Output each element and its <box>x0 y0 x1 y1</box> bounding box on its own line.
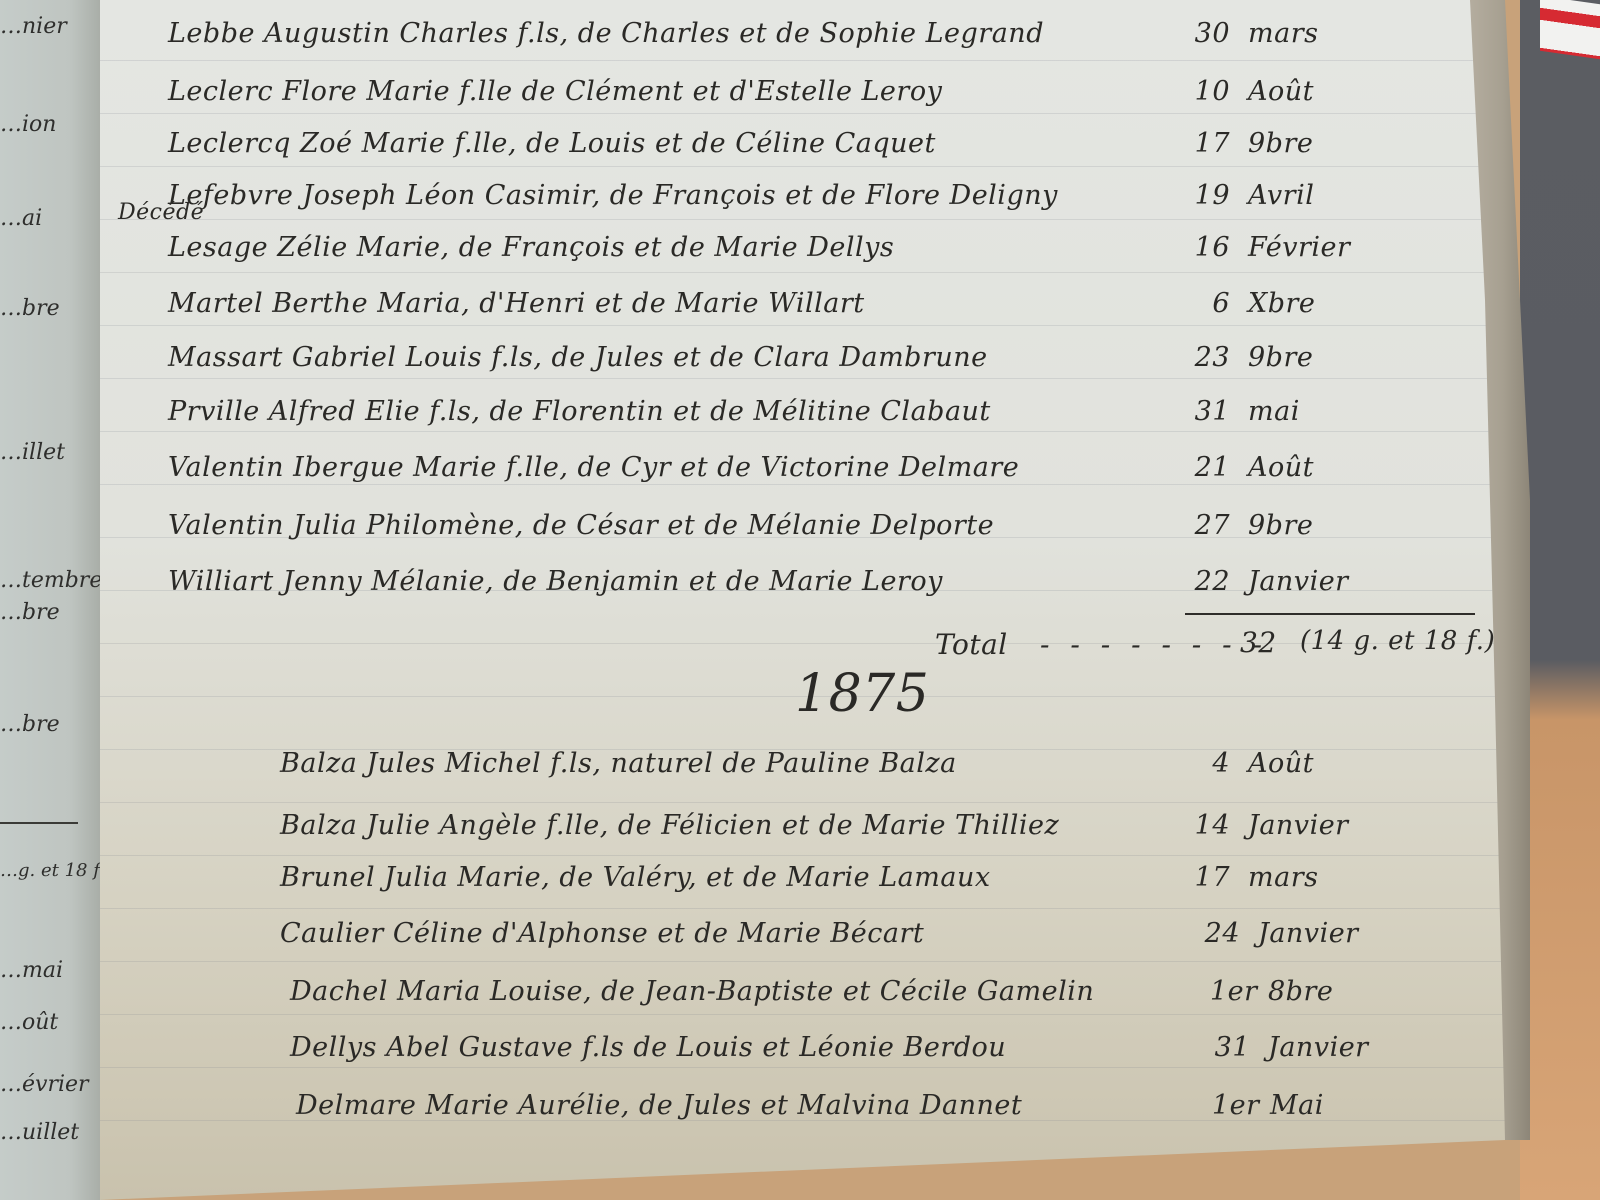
entry-name: Valentin Ibergue Marie f.lle, de Cyr et … <box>168 452 1019 483</box>
entry-day: 4 <box>1190 748 1230 779</box>
total-leader: - - - - - - - - <box>1040 628 1268 661</box>
entry-day: 30 <box>1190 18 1230 49</box>
register-entry: Dellys Abel Gustave f.ls de Louis et Léo… <box>290 1032 1600 1078</box>
entry-name: Brunel Julia Marie, de Valéry, et de Mar… <box>280 862 991 893</box>
entry-month: mars <box>1248 862 1318 893</box>
register-entry: Massart Gabriel Louis f.ls, de Jules et … <box>168 342 1508 388</box>
year-heading: 1875 <box>795 664 929 724</box>
bookmark-ribbon <box>1540 0 1600 59</box>
left-fragment: …nier <box>0 14 67 39</box>
left-page-strip: …nier …ion …ai …bre …illet …tembre …bre … <box>0 0 102 1200</box>
register-entry: Lebbe Augustin Charles f.ls, de Charles … <box>168 18 1508 64</box>
entry-name: Lesage Zélie Marie, de François et de Ma… <box>168 232 894 263</box>
entry-name: Williart Jenny Mélanie, de Benjamin et d… <box>168 566 943 597</box>
entry-month: 9bre <box>1248 128 1313 159</box>
entry-name: Balza Julie Angèle f.lle, de Félicien et… <box>280 810 1059 841</box>
left-fragment: …évrier <box>0 1072 89 1097</box>
left-fragment: …tembre <box>0 568 102 593</box>
entry-month: Janvier <box>1248 566 1349 597</box>
entry-month: Janvier <box>1258 918 1359 949</box>
register-entry: Brunel Julia Marie, de Valéry, et de Mar… <box>280 862 1600 908</box>
left-total-rule <box>0 822 78 824</box>
entry-month: Avril <box>1248 180 1314 211</box>
register-entry: Leclerc Flore Marie f.lle de Clément et … <box>168 76 1508 122</box>
entry-name: Dachel Maria Louise, de Jean-Baptiste et… <box>290 976 1094 1007</box>
left-fragment: …bre <box>0 296 60 321</box>
entry-month: 8bre <box>1268 976 1333 1007</box>
entry-name: Lefebvre Joseph Léon Casimir, de Françoi… <box>168 180 1058 211</box>
register-entry: Delmare Marie Aurélie, de Jules et Malvi… <box>296 1090 1600 1136</box>
entry-name: Caulier Céline d'Alphonse et de Marie Bé… <box>280 918 924 949</box>
left-fragment: …ai <box>0 206 42 231</box>
entry-name: Delmare Marie Aurélie, de Jules et Malvi… <box>296 1090 1022 1121</box>
entry-day: 22 <box>1190 566 1230 597</box>
entry-day: 31 <box>1190 396 1230 427</box>
register-entry: Lefebvre Joseph Léon Casimir, de Françoi… <box>168 180 1508 226</box>
register-entry: Lesage Zélie Marie, de François et de Ma… <box>168 232 1508 278</box>
left-fragment: …mai <box>0 958 63 983</box>
entry-month: Août <box>1248 452 1314 483</box>
entry-day: 24 <box>1200 918 1240 949</box>
register-entry: Balza Julie Angèle f.lle, de Félicien et… <box>280 810 1600 856</box>
entry-day: 31 <box>1210 1032 1250 1063</box>
total-label: Total <box>935 628 1008 661</box>
left-fragment: …g. et 18 f.) <box>0 860 112 881</box>
entry-name: Massart Gabriel Louis f.ls, de Jules et … <box>168 342 988 373</box>
register-entry: Dachel Maria Louise, de Jean-Baptiste et… <box>290 976 1600 1022</box>
entry-day: 19 <box>1190 180 1230 211</box>
register-entry: Caulier Céline d'Alphonse et de Marie Bé… <box>280 918 1600 964</box>
left-fragment: …illet <box>0 440 65 465</box>
entry-name: Valentin Julia Philomène, de César et de… <box>168 510 994 541</box>
entry-month: Février <box>1248 232 1350 263</box>
entry-day: 16 <box>1190 232 1230 263</box>
entry-month: Août <box>1248 76 1314 107</box>
left-fragment: …oût <box>0 1010 58 1035</box>
left-fragment: …bre <box>0 712 60 737</box>
entry-month: mai <box>1248 396 1300 427</box>
entry-month: Janvier <box>1268 1032 1369 1063</box>
total-detail: (14 g. et 18 f.) <box>1300 626 1495 656</box>
entry-name: Lebbe Augustin Charles f.ls, de Charles … <box>168 18 1044 49</box>
entry-day: 23 <box>1190 342 1230 373</box>
register-entry: Valentin Ibergue Marie f.lle, de Cyr et … <box>168 452 1508 498</box>
entry-day: 1er <box>1210 976 1250 1007</box>
entry-day: 10 <box>1190 76 1230 107</box>
entry-day: 6 <box>1190 288 1230 319</box>
total-value: 32 <box>1240 626 1277 659</box>
entry-name: Dellys Abel Gustave f.ls de Louis et Léo… <box>290 1032 1006 1063</box>
register-entry: Balza Jules Michel f.ls, naturel de Paul… <box>280 748 1600 794</box>
register-entry: Prville Alfred Elie f.ls, de Florentin e… <box>168 396 1508 442</box>
total-rule <box>1185 613 1475 615</box>
entry-day: 17 <box>1190 128 1230 159</box>
left-fragment: …ion <box>0 112 56 137</box>
register-entry: Martel Berthe Maria, d'Henri et de Marie… <box>168 288 1508 334</box>
register-entry: Valentin Julia Philomène, de César et de… <box>168 510 1508 556</box>
entry-month: Août <box>1248 748 1314 779</box>
entry-month: 9bre <box>1248 342 1313 373</box>
entry-name: Balza Jules Michel f.ls, naturel de Paul… <box>280 748 957 779</box>
entry-month: 9bre <box>1248 510 1313 541</box>
left-fragment: …bre <box>0 600 60 625</box>
register-entry: Leclercq Zoé Marie f.lle, de Louis et de… <box>168 128 1508 174</box>
entry-name: Prville Alfred Elie f.ls, de Florentin e… <box>168 396 991 427</box>
entry-day: 17 <box>1190 862 1230 893</box>
entry-month: Xbre <box>1248 288 1315 319</box>
register-entry: Williart Jenny Mélanie, de Benjamin et d… <box>168 566 1508 612</box>
entry-day: 14 <box>1190 810 1230 841</box>
entry-day: 1er <box>1212 1090 1252 1121</box>
entry-month: Janvier <box>1248 810 1349 841</box>
entry-day: 27 <box>1190 510 1230 541</box>
left-fragment: …uillet <box>0 1120 79 1145</box>
entry-month: Mai <box>1270 1090 1324 1121</box>
entry-day: 21 <box>1190 452 1230 483</box>
entry-name: Leclerc Flore Marie f.lle de Clément et … <box>168 76 942 107</box>
entry-name: Leclercq Zoé Marie f.lle, de Louis et de… <box>168 128 936 159</box>
entry-name: Martel Berthe Maria, d'Henri et de Marie… <box>168 288 865 319</box>
entry-month: mars <box>1248 18 1318 49</box>
